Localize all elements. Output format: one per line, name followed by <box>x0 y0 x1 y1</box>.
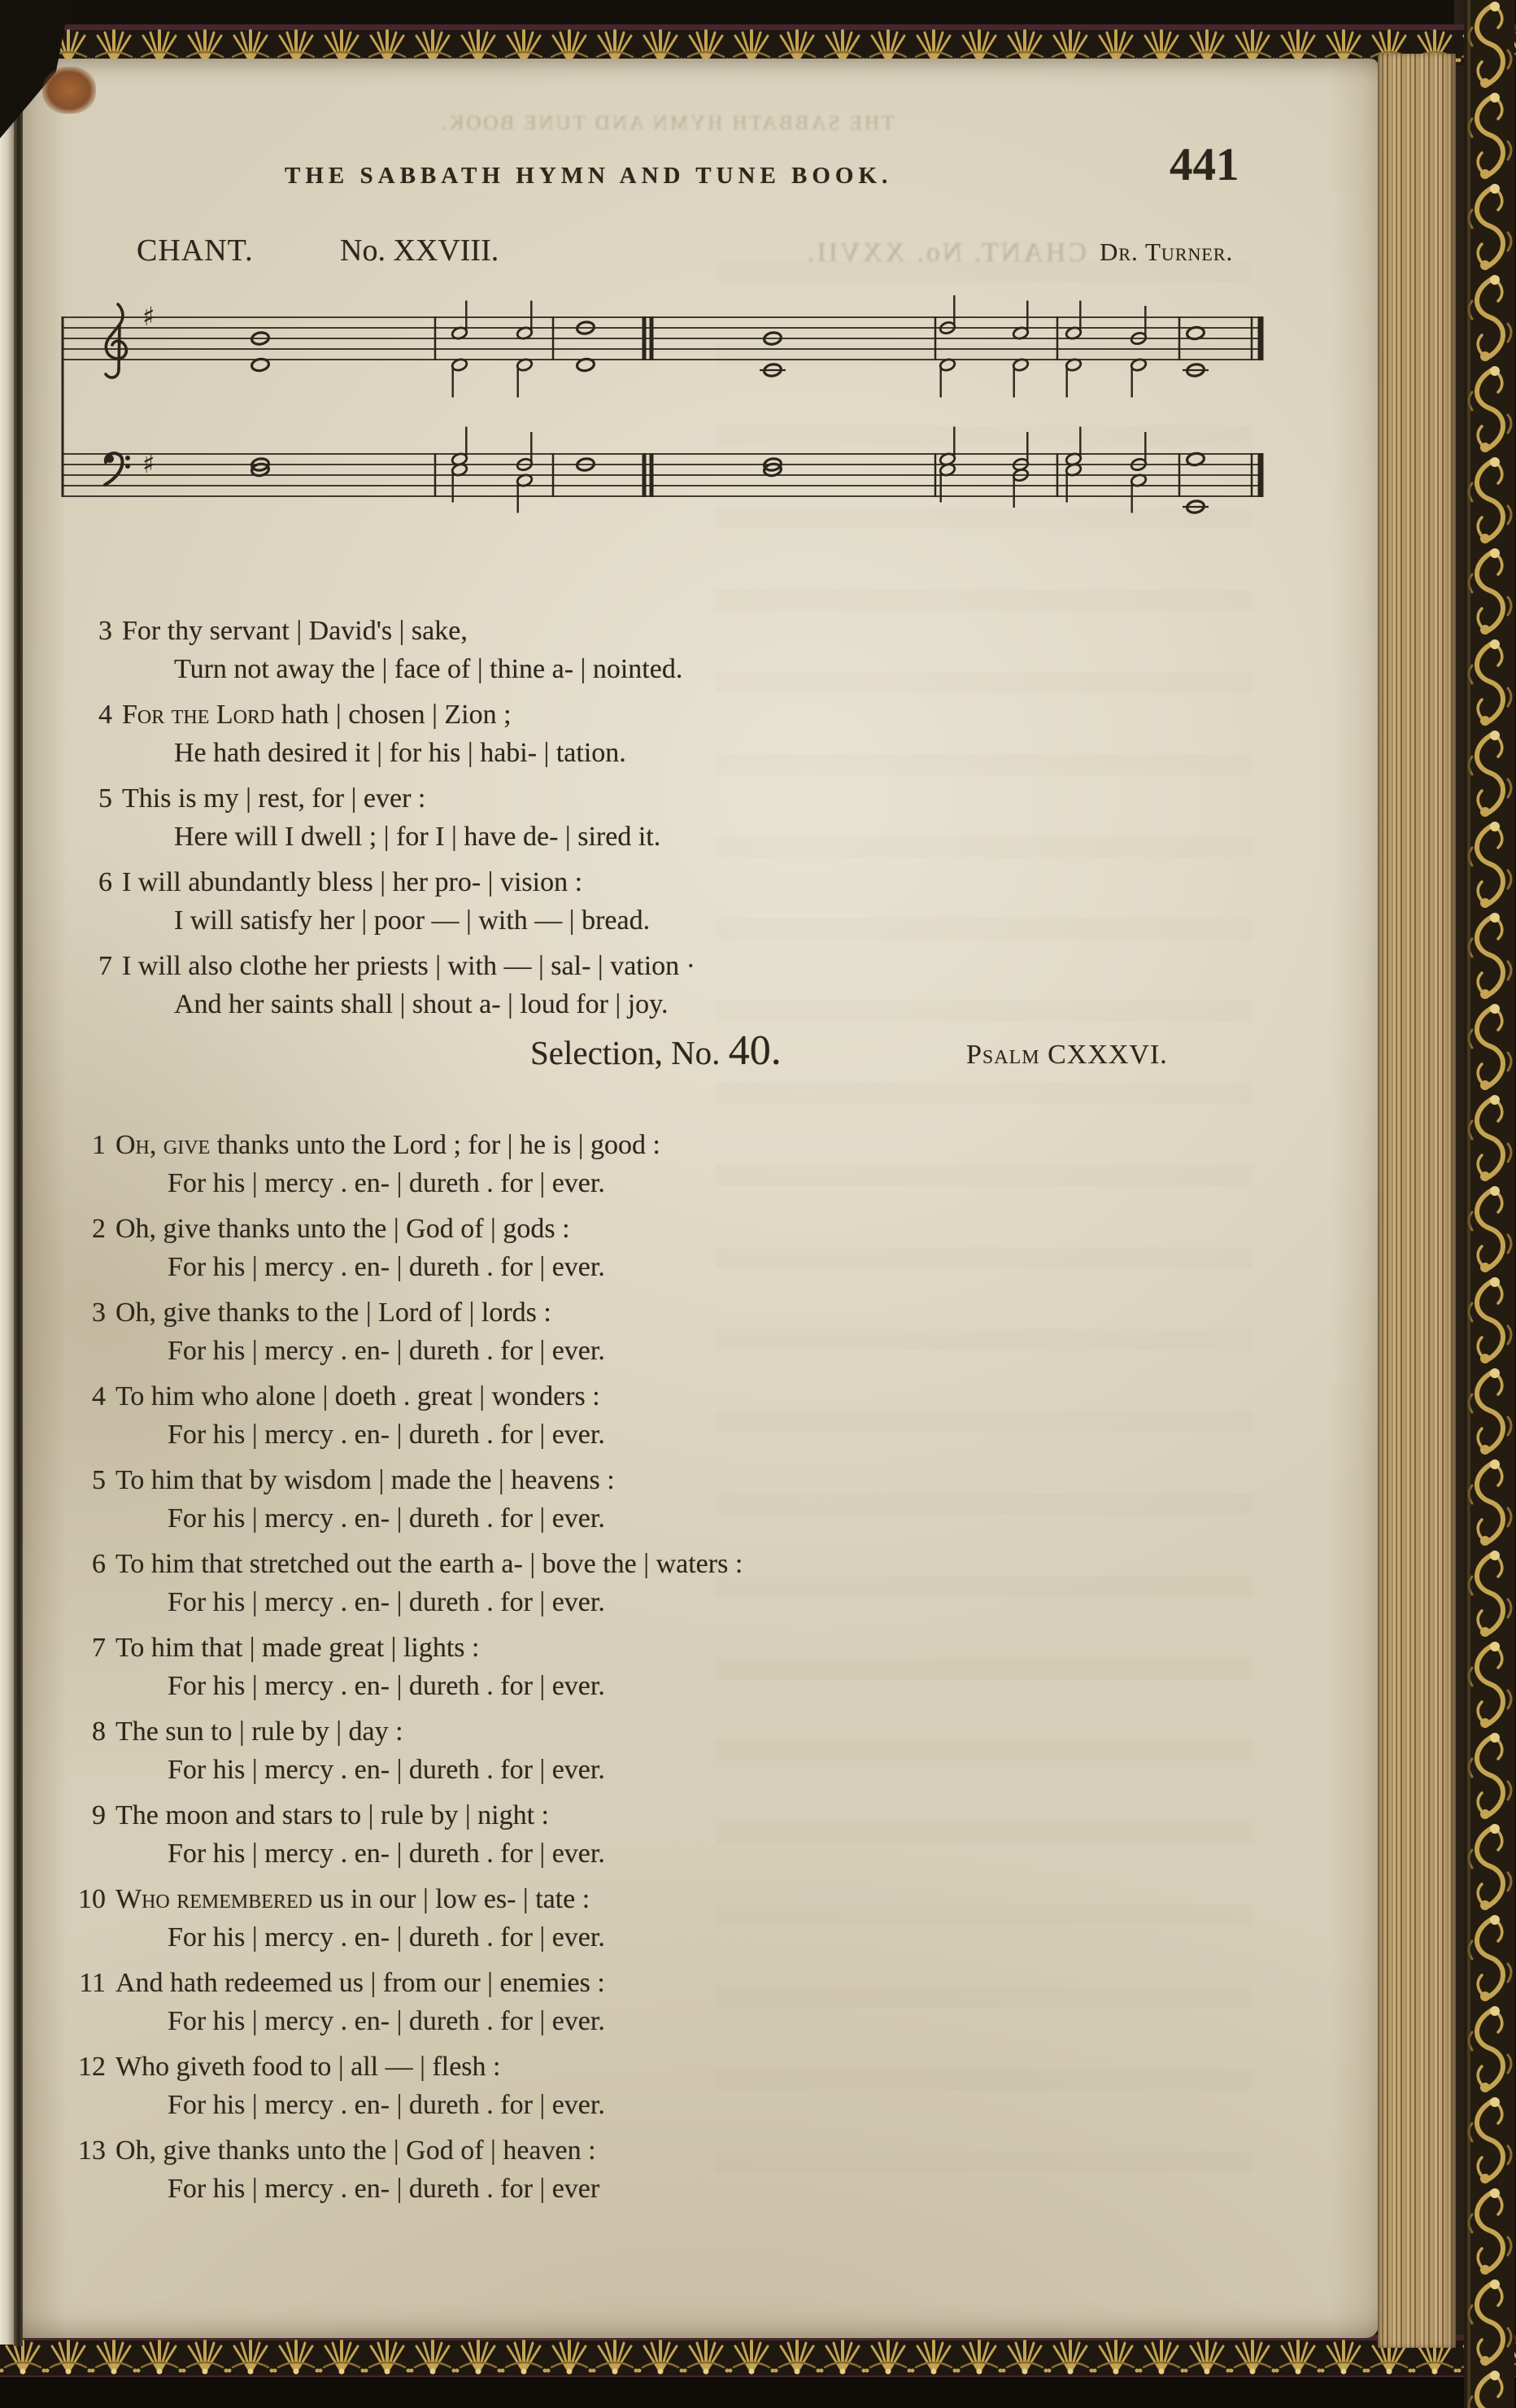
page-fore-edge <box>1378 54 1456 2348</box>
selection-title-prefix: Selection, No. <box>530 1034 729 1071</box>
verse-number: 3 <box>65 1293 106 1370</box>
ghost-text: THE SABBATH HYMN AND TUNE BOOK. <box>439 112 894 135</box>
selection-verses: 1Oh, give thanks unto the Lord ; for | h… <box>65 1126 1269 2215</box>
small-caps-text: Who remembered <box>115 1884 312 1914</box>
verse-number: 8 <box>65 1712 106 1789</box>
verse-number: 10 <box>65 1880 106 1956</box>
verse-line: Who giveth food to | all — | flesh : <box>115 2048 605 2086</box>
verse-line: For his | mercy . en- | dureth . for | e… <box>115 2002 605 2040</box>
verse-line: Who remembered us in our | low es- | tat… <box>115 1880 605 1918</box>
verse-line: The moon and stars to | rule by | night … <box>115 1796 605 1834</box>
verse-number: 1 <box>65 1126 106 1202</box>
bass-clef <box>105 453 130 485</box>
verse-row: 5To him that by wisdom | made the | heav… <box>65 1461 1269 1538</box>
verse-row: 9The moon and stars to | rule by | night… <box>65 1796 1269 1873</box>
chant-number: No. XXVIII. <box>340 233 499 268</box>
selection-title-number: 40. <box>729 1027 782 1074</box>
verse-line: To him who alone | doeth . great | wonde… <box>115 1377 605 1416</box>
verse-number: 4 <box>65 1377 106 1454</box>
verse-line: And hath redeemed us | from our | enemie… <box>115 1964 605 2002</box>
gilt-border-right <box>1464 0 1514 2408</box>
verse-row: 12Who giveth food to | all — | flesh :Fo… <box>65 2048 1269 2124</box>
verse-line: Turn not away the | face of | thine a- |… <box>122 650 682 688</box>
verse-row: 8The sun to | rule by | day :For his | m… <box>65 1712 1269 1789</box>
verse-row: 7To him that | made great | lights :For … <box>65 1629 1269 1705</box>
verse-line: I will satisfy her | poor — | with — | b… <box>122 901 650 940</box>
verse-line: For his | mercy . en- | dureth . for | e… <box>115 1583 743 1621</box>
psalm-reference: Psalm CXXXVI. <box>966 1040 1168 1071</box>
selection-title: Selection, No. 40. <box>530 1027 782 1075</box>
key-signature-sharp: ♯ <box>142 301 155 332</box>
small-caps-text: Oh, give <box>115 1130 210 1160</box>
verse-number: 3 <box>72 612 112 688</box>
verse-line: For his | mercy . en- | dureth . for | e… <box>115 1499 615 1538</box>
verse-number: 11 <box>65 1964 106 2040</box>
verse-number: 12 <box>65 2048 106 2124</box>
verse-line: For his | mercy . en- | dureth . for | e… <box>115 1667 605 1705</box>
verse-row: 6To him that stretched out the earth a- … <box>65 1545 1269 1621</box>
verse-row: 3For thy servant | David's | sake,Turn n… <box>72 612 1275 688</box>
verse-number: 9 <box>65 1796 106 1873</box>
verse-line: I will abundantly bless | her pro- | vis… <box>122 863 650 901</box>
verse-row: 10Who remembered us in our | low es- | t… <box>65 1880 1269 1956</box>
verse-number: 4 <box>72 696 112 772</box>
running-head-title: THE SABBATH HYMN AND TUNE BOOK. <box>285 163 892 190</box>
verse-line: He hath desired it | for his | habi- | t… <box>122 734 626 772</box>
verse-number: 2 <box>65 1210 106 1286</box>
verse-line: For his | mercy . en- | dureth . for | e… <box>115 1918 605 1956</box>
verse-row: 13Oh, give thanks unto the | God of | he… <box>65 2131 1269 2208</box>
gutter-shadow <box>14 72 23 2346</box>
scanned-book-page: CHANT. No. XXVII.THE SABBATH HYMN AND TU… <box>0 0 1516 2408</box>
verse-row: 11And hath redeemed us | from our | enem… <box>65 1964 1269 2040</box>
verse-line: To him that by wisdom | made the | heave… <box>115 1461 615 1499</box>
verse-row: 4To him who alone | doeth . great | wond… <box>65 1377 1269 1454</box>
chant-verses: 3For thy servant | David's | sake,Turn n… <box>72 612 1275 1031</box>
verse-line: For his | mercy . en- | dureth . for | e… <box>115 2086 605 2124</box>
verse-line: For his | mercy . en- | dureth . for | e… <box>115 1834 605 1873</box>
verse-row: 5This is my | rest, for | ever :Here wil… <box>72 779 1275 856</box>
chant-music-staves: ♯♯ <box>45 280 1265 548</box>
verse-number: 5 <box>65 1461 106 1538</box>
page-number: 441 <box>1170 138 1239 191</box>
verse-line: For his | mercy . en- | dureth . for | e… <box>115 1164 660 1202</box>
verse-line: For his | mercy . en- | dureth . for | e… <box>115 2170 599 2208</box>
worn-leather-patch <box>42 67 96 114</box>
verse-line: For his | mercy . en- | dureth . for | e… <box>115 1751 605 1789</box>
verse-number: 6 <box>72 863 112 940</box>
verse-number: 13 <box>65 2131 106 2208</box>
verse-row: 4For the Lord hath | chosen | Zion ;He h… <box>72 696 1275 772</box>
composer-credit: Dr. Turner. <box>1100 238 1233 267</box>
gilt-border-bottom <box>0 2335 1516 2377</box>
verse-row: 3Oh, give thanks to the | Lord of | lord… <box>65 1293 1269 1370</box>
verse-row: 6I will abundantly bless | her pro- | vi… <box>72 863 1275 940</box>
verse-line: I will also clothe her priests | with — … <box>122 947 695 985</box>
verse-line: For his | mercy . en- | dureth . for | e… <box>115 1332 605 1370</box>
verse-line: The sun to | rule by | day : <box>115 1712 605 1751</box>
verse-line: To him that | made great | lights : <box>115 1629 605 1667</box>
verse-line: And her saints shall | shout a- | loud f… <box>122 985 695 1023</box>
verse-number: 7 <box>65 1629 106 1705</box>
verse-number: 5 <box>72 779 112 856</box>
treble-clef <box>106 304 126 377</box>
verse-line: For his | mercy . en- | dureth . for | e… <box>115 1416 605 1454</box>
key-signature-sharp: ♯ <box>142 448 155 479</box>
verse-line: Oh, give thanks to the | Lord of | lords… <box>115 1293 605 1332</box>
verse-row: 1Oh, give thanks unto the Lord ; for | h… <box>65 1126 1269 1202</box>
verse-line: Oh, give thanks unto the Lord ; for | he… <box>115 1126 660 1164</box>
verse-line: This is my | rest, for | ever : <box>122 779 660 818</box>
verse-line: For his | mercy . en- | dureth . for | e… <box>115 1248 605 1286</box>
small-caps-text: For the Lord <box>122 700 274 730</box>
ghost-text: CHANT. No. XXVII. <box>805 238 1087 268</box>
chant-label: CHANT. <box>137 233 254 268</box>
facing-page-sliver <box>0 75 14 2345</box>
verse-line: To him that stretched out the earth a- |… <box>115 1545 743 1583</box>
verse-line: Oh, give thanks unto the | God of | heav… <box>115 2131 599 2170</box>
verse-line: For thy servant | David's | sake, <box>122 612 682 650</box>
verse-number: 6 <box>65 1545 106 1621</box>
verse-line: Here will I dwell ; | for I | have de- |… <box>122 818 660 856</box>
verse-number: 7 <box>72 947 112 1023</box>
verse-row: 2Oh, give thanks unto the | God of | god… <box>65 1210 1269 1286</box>
verse-row: 7I will also clothe her priests | with —… <box>72 947 1275 1023</box>
verse-line: For the Lord hath | chosen | Zion ; <box>122 696 626 734</box>
verse-line: Oh, give thanks unto the | God of | gods… <box>115 1210 605 1248</box>
